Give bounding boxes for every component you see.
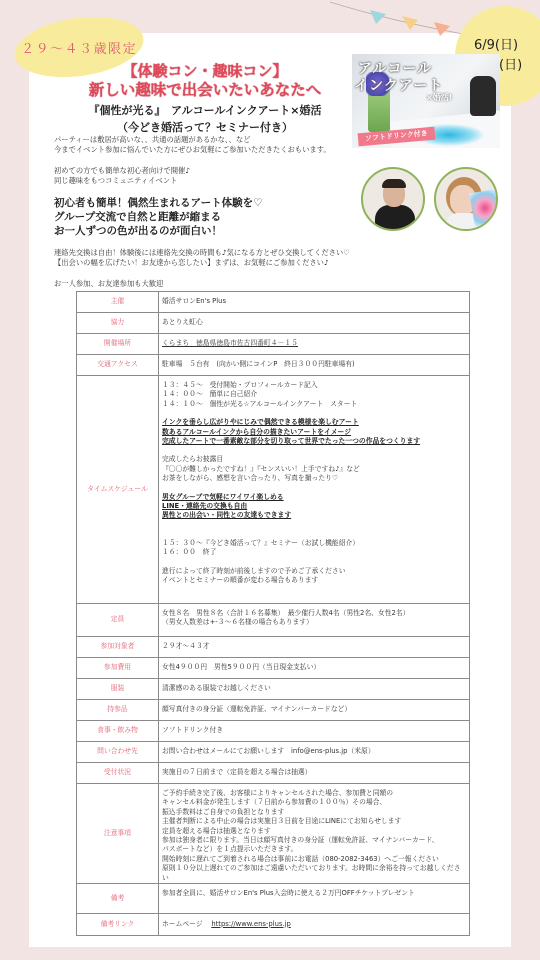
intro-line: 今までイベント参加に悩んでいた方にぜひお気軽にご参加いただきたくおもいます。 [54,145,354,155]
row-value: 清潔感のある服装でお越しください [159,679,470,700]
caution-line: 振込手数料はご自身での負担となります [162,808,466,817]
art-point: 完成したアートで一番素敵な部分を切り取って世界でたった一つの作品をつくります [162,437,466,446]
table-row: 持参品 顔写真付きの身分証（運転免許証、マイナンバーカードなど） [77,700,470,721]
event-info-table: 主催 婚活サロンEn's Plus 協力 あとりえ虹心 開催場所 くらまち 徳島… [76,291,470,936]
subtitle-line2: （今どき婚活って？セミナー付き） [60,119,350,135]
table-row: 備考リンク ホームページ https://www.ens-plus.jp [77,914,470,936]
schedule-note: 『〇〇が難しかったですね！』『センスいい！上手ですね♪』など [162,465,466,474]
intro-line: 同じ趣味をもつコミュニティイベント [54,176,354,186]
age-limit-text: ２９～４３歳限定 [21,38,137,57]
caution-line: パスポートなど）を１点提示いただきます。 [162,845,466,854]
highlight-line: お一人ずつの色が出るのが面白い！ [54,224,354,238]
row-key: 注意事項 [77,784,159,884]
caution-line: 原則１０分以上遅れてのご参加はご遠慮いただいております。お時間に余裕を持ってお越… [162,864,466,883]
row-value: ２９才～４３才 [159,637,470,658]
row-key: タイムスケジュール [77,376,159,604]
highlight-line: 初心者も簡単！偶然生まれるアート体験を♡ [54,196,354,210]
row-key: 協力 [77,313,159,334]
homepage-link[interactable]: https://www.ens-plus.jp [211,920,290,928]
date-1: 6/9(日) [474,36,518,56]
intro-line: 連絡先交換は自由！体験後には連絡先交換の時間も♪気になる方とぜひ交換してください… [54,248,399,258]
row-value: ホームページ https://www.ens-plus.jp [159,914,470,936]
row-value: 参加者全員に、婚活サロンEn's Plus入会時に使える２万円OFFチケットプレ… [159,884,470,914]
caution-line: キャンセル料金が発生します（７日前から参加費の１００％）その場合、 [162,798,466,807]
table-row: 問い合わせ先 お問い合わせはメールにてお願いします info@ens-plus.… [77,742,470,763]
schedule-time: １４：００～ 簡単に自己紹介 [162,390,466,399]
intro-line: お一人参加、お友達参加も大歓迎 [54,279,354,289]
row-key: 持参品 [77,700,159,721]
table-row: 参加費用 女性4９００円 男性5９００円（当日現金支払い） [77,658,470,679]
row-key: 受付状況 [77,763,159,784]
intro-text: パーティーは敷居が高いな、、共通の話題があるかな、、など 今までイベント参加に悩… [54,135,354,289]
table-row: 定員 女性８名 男性８名（合計１６名募集） 最少催行人数4名（男性2名、女性2名… [77,604,470,637]
page-title-line2: 新しい趣味で出会いたいあなたへ [60,78,350,100]
row-key: 服装 [77,679,159,700]
row-value: 実施日の７日前まで（定員を超える場合は抽選） [159,763,470,784]
group-point: 異性との出会い・同性との友達もできます [162,511,466,520]
cautions-content: ご予約手続き完了後、お客様によりキャンセルされた場合、参加費と同額の キャンセル… [159,784,470,884]
schedule-time: １６：００ 終了 [162,548,466,557]
caution-line: ご予約手続き完了後、お客様によりキャンセルされた場合、参加費と同額の [162,789,466,798]
schedule-note: 進行によって終了時刻が前後しますので予めご了承ください [162,567,466,576]
row-value: 駐車場 ５台有 (向かい側にコインP 終日３００円駐車場有) [159,355,470,376]
row-value: あとりえ虹心 [159,313,470,334]
row-value: お問い合わせはメールにてお願いします info@ens-plus.jp（米原） [159,742,470,763]
row-value: 女性８名 男性８名（合計１６名募集） 最少催行人数4名（男性2名、女性2名） （… [159,604,470,637]
avatar-host-male [361,167,425,231]
intro-line: 【出会いの幅を広げたい！お友達から恋したい】まずは、お気軽にご参加ください♪ [54,258,354,268]
table-row: 開催場所 くらまち 徳島県徳島市佐古四番町４－１５ [77,334,470,355]
hero-caption-3: ×婚活! [426,92,452,103]
row-value: 婚活サロンEn's Plus [159,292,470,313]
row-key: 問い合わせ先 [77,742,159,763]
caution-line: 主催者判断による中止の場合は実施日３日前を目途にLINEにてお知らせします [162,817,466,826]
intro-line: 初めての方でも簡単な初心者向けで開催♪ [54,166,354,176]
schedule-time: １３：４５～ 受付開始・プロフィールカード記入 [162,381,466,390]
table-row: 備考 参加者全員に、婚活サロンEn's Plus入会時に使える２万円OFFチケッ… [77,884,470,914]
table-row: 服装 清潔感のある服装でお越しください [77,679,470,700]
caution-line: 開始時刻に遅れてご到着される場合は事前にお電話（080-2082-3463）へご… [162,855,466,864]
row-key: 交通アクセス [77,355,159,376]
row-key: 定員 [77,604,159,637]
group-point: 男女グループで気軽にワイワイ楽しめる [162,493,466,502]
row-value: くらまち 徳島県徳島市佐古四番町４－１５ [159,334,470,355]
art-point: インクを垂らし広がりやにじみで偶然できる模様を楽しむアート [162,418,466,427]
row-key: 備考 [77,884,159,914]
schedule-time: １４：１０～ 個性が光る☆アルコールインクアート スタート [162,400,466,409]
capacity-line: （男女人数差は+-３～６名様の場合もあります） [162,618,466,627]
homepage-label: ホームページ [162,920,203,928]
row-value: 女性4９００円 男性5９００円（当日現金支払い） [159,658,470,679]
table-row: 主催 婚活サロンEn's Plus [77,292,470,313]
subtitle: 『個性が光る』 アルコールインクアート×婚活 [60,102,350,118]
avatar-host-female [434,167,498,231]
table-row: 食事・飲み物 ソフトドリンク付き [77,721,470,742]
schedule-note: イベントとセミナーの順番が変わる場合もあります [162,576,466,585]
art-point: 数あるアルコールインクから自分の描きたいアートをイメージ [162,428,466,437]
schedule-note: お茶をしながら、感想を言い合ったり、写真を撮ったり♡ [162,474,466,483]
table-row: 協力 あとりえ虹心 [77,313,470,334]
row-key: 主催 [77,292,159,313]
intro-line: パーティーは敷居が高いな、、共通の話題があるかな、、など [54,135,354,145]
row-key: 開催場所 [77,334,159,355]
schedule-note: 完成したらお披露目 [162,455,466,464]
row-value: 顔写真付きの身分証（運転免許証、マイナンバーカードなど） [159,700,470,721]
row-key: 参加費用 [77,658,159,679]
hero-image: アルコール インクアート ×婚活! ソフトドリンク付き [352,54,500,148]
table-row: 交通アクセス 駐車場 ５台有 (向かい側にコインP 終日３００円駐車場有) [77,355,470,376]
row-key: 食事・飲み物 [77,721,159,742]
table-row: 受付状況 実施日の７日前まで（定員を超える場合は抽選） [77,763,470,784]
table-row: 参加対象者 ２９才～４３才 [77,637,470,658]
table-row-cautions: 注意事項 ご予約手続き完了後、お客様によりキャンセルされた場合、参加費と同額の … [77,784,470,884]
schedule-time: １５：３０～『今どき婚活って？』セミナー（お試し機能紹介） [162,539,466,548]
capacity-line: 女性８名 男性８名（合計１６名募集） 最少催行人数4名（男性2名、女性2名） [162,609,466,618]
venue-link[interactable]: くらまち 徳島県徳島市佐古四番町４－１５ [162,339,298,347]
table-row-schedule: タイムスケジュール １３：４５～ 受付開始・プロフィールカード記入 １４：００～… [77,376,470,604]
row-value: ソフトドリンク付き [159,721,470,742]
highlight-line: グループ交流で自然と距離が縮まる [54,210,354,224]
row-key: 備考リンク [77,914,159,936]
row-key: 参加対象者 [77,637,159,658]
caution-line: 定員を超える場合は抽選となります [162,827,466,836]
schedule-content: １３：４５～ 受付開始・プロフィールカード記入 １４：００～ 簡単に自己紹介 １… [159,376,470,604]
